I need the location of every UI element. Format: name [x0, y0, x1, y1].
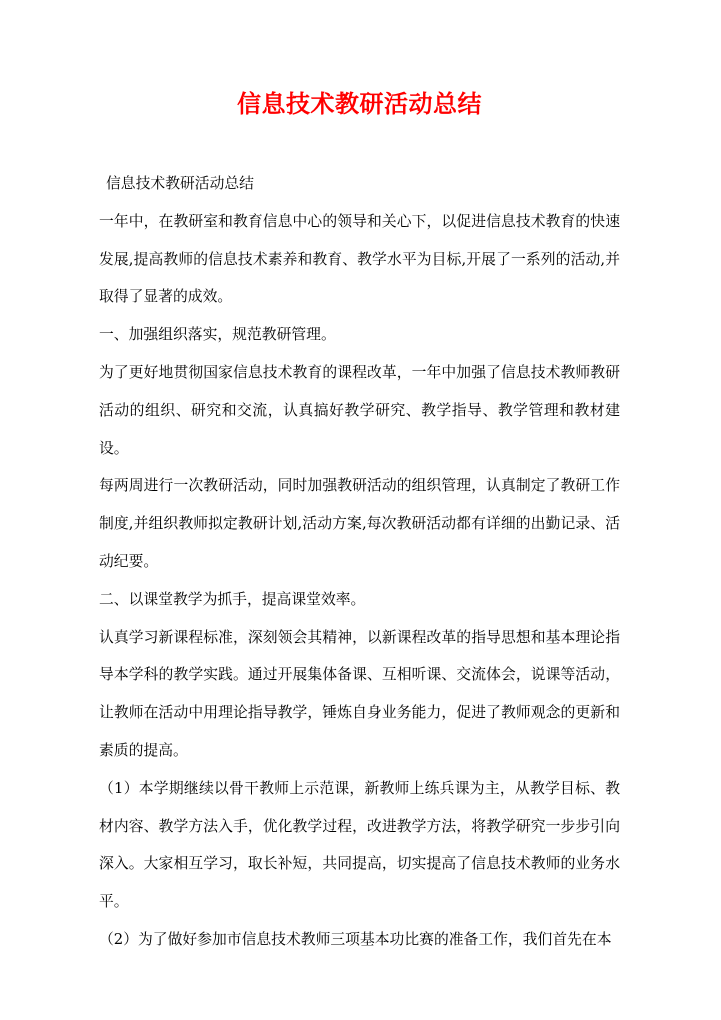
paragraph-7: 认真学习新课程标准，深刻领会其精神，以新课程改革的指导思想和基本理论指导本学科的… [99, 619, 620, 770]
paragraph-6: 二、以课堂教学为抓手，提高课堂效率。 [99, 581, 620, 619]
document-page: 信息技术教研活动总结 信息技术教研活动总结一年中，在教研室和教育信息中心的领导和… [0, 0, 721, 1020]
document-body: 信息技术教研活动总结一年中，在教研室和教育信息中心的领导和关心下，以促进信息技术… [99, 165, 620, 959]
paragraph-4: 为了更好地贯彻国家信息技术教育的课程改革，一年中加强了信息技术教师教研活动的组织… [99, 354, 620, 467]
paragraph-5: 每两周进行一次教研活动，同时加强教研活动的组织管理，认真制定了教研工作制度,并组… [99, 467, 620, 580]
paragraph-2: 一年中，在教研室和教育信息中心的领导和关心下，以促进信息技术教育的快速发展,提高… [99, 203, 620, 316]
paragraph-9: （2）为了做好参加市信息技术教师三项基本功比赛的准备工作，我们首先在本 [99, 921, 620, 959]
paragraph-1: 信息技术教研活动总结 [99, 165, 620, 203]
paragraph-8: （1）本学期继续以骨干教师上示范课，新教师上练兵课为主，从教学目标、教材内容、教… [99, 770, 620, 921]
document-title: 信息技术教研活动总结 [99, 87, 620, 120]
paragraph-3: 一、加强组织落实，规范教研管理。 [99, 316, 620, 354]
